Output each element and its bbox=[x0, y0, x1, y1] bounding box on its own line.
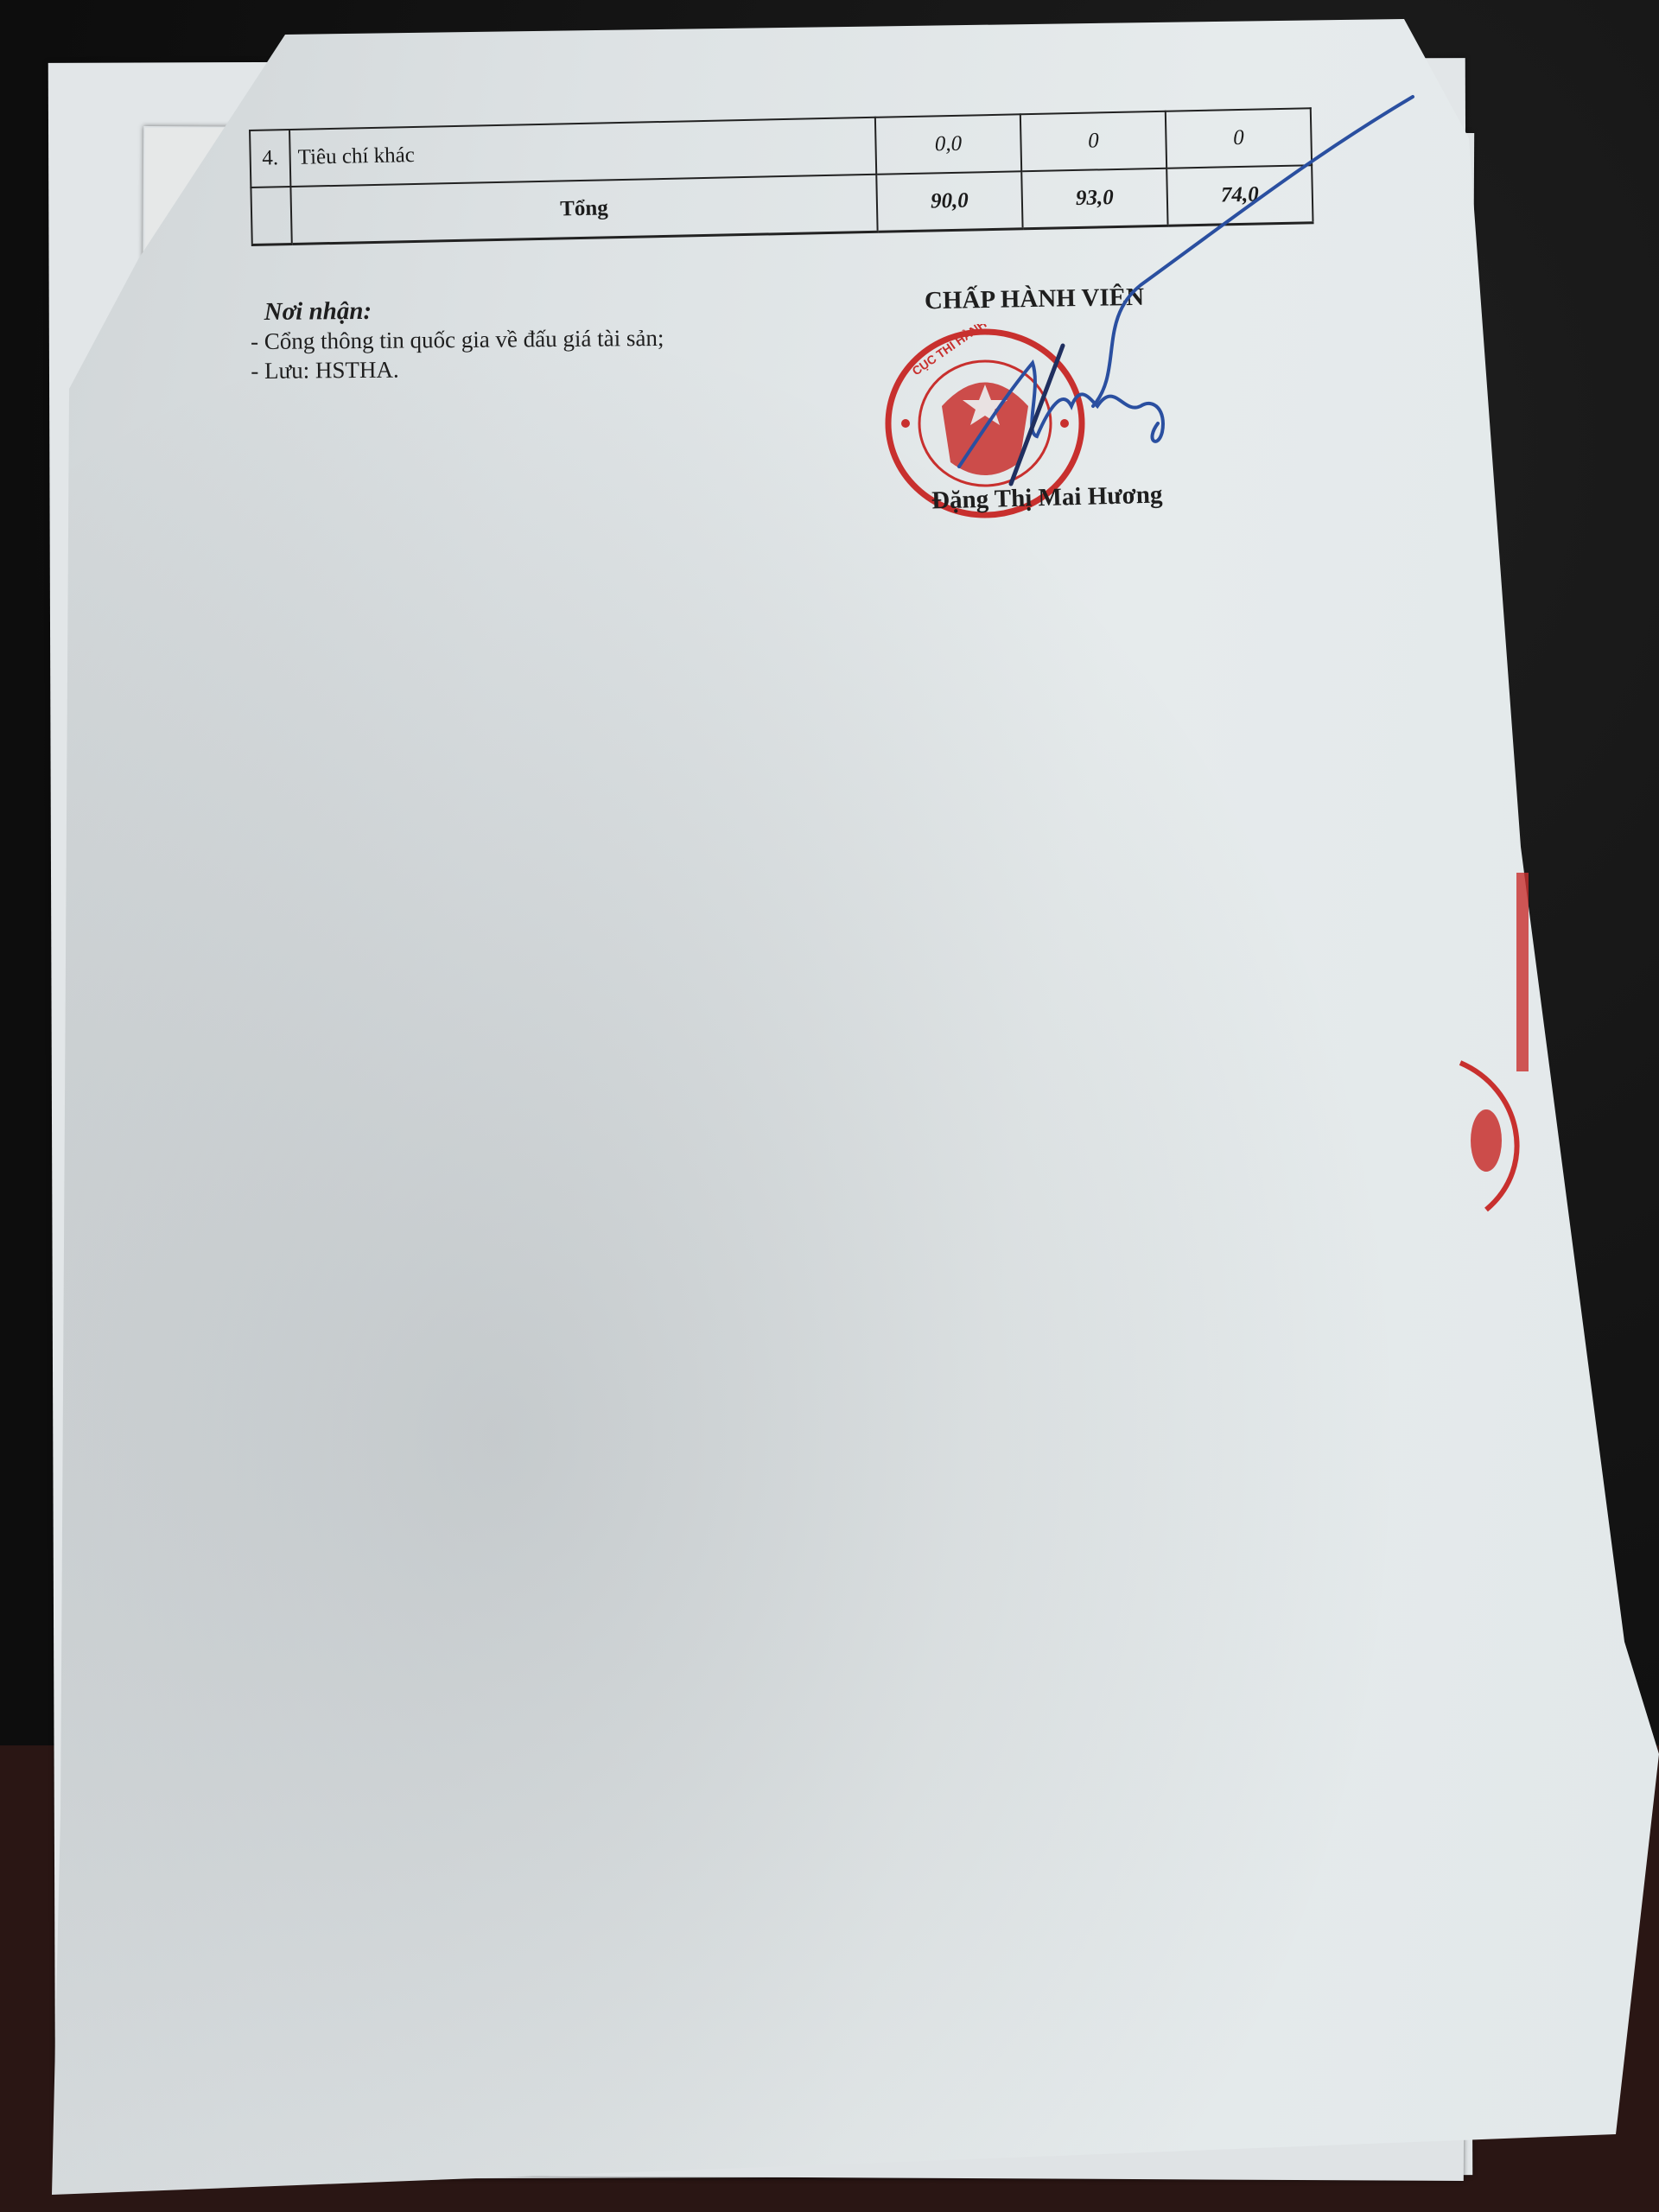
document-page bbox=[0, 0, 1659, 2212]
criteria-table: 4. Tiêu chí khác 0,0 0 0 Tổng 90,0 93,0 … bbox=[249, 107, 1314, 246]
total-score-cell: 90,0 bbox=[876, 171, 1022, 232]
recipients-block: Nơi nhận: - Cổng thông tin quốc gia về đ… bbox=[251, 294, 664, 385]
total-score-cell: 74,0 bbox=[1166, 165, 1313, 226]
page-edge-seal-icon bbox=[1434, 864, 1555, 1279]
recipient-item: - Lưu: HSTHA. bbox=[251, 353, 664, 385]
total-score-cell: 93,0 bbox=[1021, 168, 1167, 229]
signatory-name: Đặng Thị Mai Hương bbox=[931, 481, 1163, 516]
photo-scene: 15 4. Tiêu chí khác 0,0 0 0 Tổng 90,0 93… bbox=[0, 0, 1659, 2212]
recipient-item: - Cổng thông tin quốc gia về đấu giá tài… bbox=[251, 323, 664, 356]
signature-block: CỤC THI HÀNH ÁN DÂN SỰ CHẤP HÀNH VIÊN Đặ… bbox=[864, 276, 1227, 553]
total-label: Tổng bbox=[290, 175, 877, 245]
row-index bbox=[251, 187, 291, 245]
score-cell: 0 bbox=[1020, 111, 1166, 172]
signatory-role: CHẤP HÀNH VIÊN bbox=[925, 283, 1145, 315]
recipients-title: Nơi nhận: bbox=[264, 294, 664, 327]
score-cell: 0,0 bbox=[875, 114, 1021, 175]
row-index: 4. bbox=[250, 130, 290, 188]
score-cell: 0 bbox=[1166, 108, 1312, 168]
criteria-table-fragment: 4. Tiêu chí khác 0,0 0 0 Tổng 90,0 93,0 … bbox=[249, 107, 1314, 246]
